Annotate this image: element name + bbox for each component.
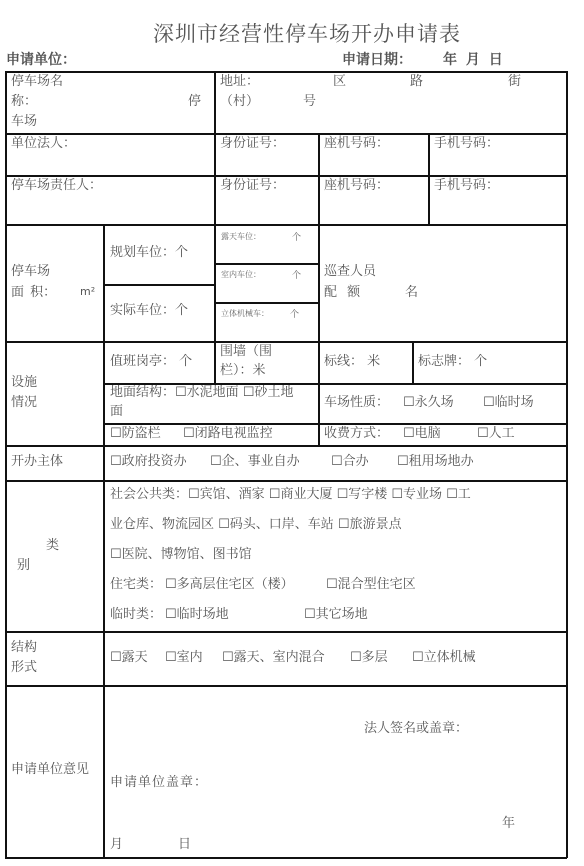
applicant-label: 申请单位： bbox=[6, 49, 76, 69]
fence-label: 围墙（围 bbox=[220, 342, 272, 362]
col-divider bbox=[214, 341, 216, 383]
mechanical-spaces-label: 立体机械车： bbox=[221, 308, 269, 319]
checkbox-anti-theft[interactable]: ☐防盗栏 bbox=[110, 424, 161, 444]
temporary-label: 临时类： bbox=[110, 605, 162, 625]
area-label: 面 积： bbox=[11, 283, 56, 303]
open-air-spaces-label: 露天车位： bbox=[221, 231, 261, 242]
border-right bbox=[566, 71, 568, 858]
checkbox-open-air[interactable]: ☐露天 bbox=[110, 648, 148, 668]
date-value: 年 月 日 bbox=[443, 49, 503, 69]
row-divider bbox=[5, 685, 567, 687]
col-divider bbox=[318, 341, 320, 445]
area-label: 停车场 bbox=[11, 262, 50, 282]
facilities-label: 设施 bbox=[11, 373, 37, 393]
legal-mobile-label: 手机号码： bbox=[434, 134, 499, 154]
village-label: （村） bbox=[220, 92, 259, 112]
checkbox-manual[interactable]: ☐人工 bbox=[477, 424, 515, 444]
address-label: 地址： bbox=[220, 72, 259, 92]
indoor-unit: 个 bbox=[292, 268, 301, 281]
parking-name-label: 停车场名 bbox=[11, 72, 63, 92]
checkbox-mixed-residential[interactable]: ☐混合型住宅区 bbox=[326, 575, 416, 595]
manager-id-label: 身份证号： bbox=[220, 176, 285, 196]
actual-spaces-label: 实际车位：个 bbox=[110, 301, 188, 321]
ground-structure-wrap: 面 bbox=[110, 402, 123, 422]
mechanical-unit: 个 bbox=[290, 307, 299, 320]
checkbox-other-site[interactable]: ☐其它场地 bbox=[304, 605, 368, 625]
fee-method-label: 收费方式： bbox=[324, 424, 389, 444]
district-label: 区 bbox=[333, 72, 346, 92]
planned-spaces-label: 规划车位：个 bbox=[110, 243, 188, 263]
col-divider bbox=[318, 133, 320, 225]
marking-label: 标线： 米 bbox=[324, 352, 380, 372]
checkbox-permanent[interactable]: ☐永久场 bbox=[403, 393, 454, 413]
row-divider bbox=[5, 631, 567, 633]
parking-name-label: 称： bbox=[11, 92, 37, 112]
cell-divider bbox=[214, 302, 319, 304]
checkbox-cctv[interactable]: ☐闭路电视监控 bbox=[183, 424, 273, 444]
facilities-label: 情况 bbox=[11, 393, 37, 413]
manager-landline-label: 座机号码： bbox=[324, 176, 389, 196]
opinion-year: 年 bbox=[502, 814, 515, 834]
checkbox-enterprise[interactable]: ☐企、事业自办 bbox=[210, 452, 300, 472]
border-top bbox=[5, 71, 567, 73]
cell-divider bbox=[103, 284, 215, 286]
fence-label: 栏）：米 bbox=[220, 361, 266, 381]
manager-label: 停车场责任人： bbox=[11, 176, 102, 196]
opinion-label: 申请单位意见 bbox=[11, 760, 89, 780]
duty-booth-label: 值班岗亭： 个 bbox=[110, 352, 192, 372]
structure-label: 结构 bbox=[11, 638, 37, 658]
category-label: 类 bbox=[46, 536, 59, 556]
patrol-staff-unit: 名 bbox=[405, 283, 418, 303]
legal-landline-label: 座机号码： bbox=[324, 134, 389, 154]
checkbox-leased[interactable]: ☐租用场地办 bbox=[397, 452, 474, 472]
legal-person-label: 单位法人： bbox=[11, 134, 76, 154]
structure-label: 形式 bbox=[11, 658, 37, 678]
road-label: 路 bbox=[410, 72, 423, 92]
col-divider bbox=[214, 224, 216, 341]
row-divider bbox=[5, 341, 567, 343]
checkbox-hospital-museum-library[interactable]: ☐医院、博物馆、图书馆 bbox=[110, 545, 252, 565]
page-title: 深圳市经营性停车场开办申请表 bbox=[0, 18, 584, 48]
opinion-month: 月 bbox=[110, 835, 123, 855]
col-divider bbox=[428, 133, 430, 225]
patrol-staff-label: 配 额 bbox=[324, 283, 360, 303]
row-divider bbox=[5, 224, 567, 226]
parking-name-label: 车场 bbox=[11, 112, 37, 132]
area-unit: m² bbox=[80, 282, 95, 302]
ground-structure-checkboxes[interactable]: 地面结构：☐水泥地面 ☐砂土地 bbox=[110, 383, 293, 403]
number-label: 号 bbox=[303, 92, 316, 112]
parking-name-label: 停 bbox=[188, 92, 201, 112]
date-label: 申请日期： bbox=[342, 49, 412, 69]
border-left bbox=[5, 71, 7, 858]
checkbox-temporary[interactable]: ☐临时场 bbox=[483, 393, 534, 413]
patrol-staff-label: 巡查人员 bbox=[324, 262, 376, 282]
col-divider bbox=[214, 71, 216, 225]
lot-nature-label: 车场性质： bbox=[324, 393, 389, 413]
row-divider bbox=[5, 480, 567, 482]
checkbox-multi-level[interactable]: ☐多层 bbox=[350, 648, 388, 668]
manager-mobile-label: 手机号码： bbox=[434, 176, 499, 196]
checkbox-computer[interactable]: ☐电脑 bbox=[403, 424, 441, 444]
sponsor-label: 开办主体 bbox=[11, 452, 63, 472]
signboard-label: 标志牌： 个 bbox=[418, 352, 487, 372]
legal-signature-label: 法人签名或盖章： bbox=[364, 719, 468, 739]
checkbox-mixed[interactable]: ☐露天、室内混合 bbox=[222, 648, 325, 668]
col-divider bbox=[412, 341, 414, 383]
indoor-spaces-label: 室内车位： bbox=[221, 269, 261, 280]
open-air-unit: 个 bbox=[292, 230, 301, 243]
row-divider bbox=[5, 445, 567, 447]
street-label: 街 bbox=[508, 72, 521, 92]
checkbox-temporary-site[interactable]: ☐临时场地 bbox=[165, 605, 229, 625]
checkbox-mechanical[interactable]: ☐立体机械 bbox=[412, 648, 476, 668]
col-divider bbox=[318, 224, 320, 341]
legal-id-label: 身份证号： bbox=[220, 134, 285, 154]
unit-seal-label: 申请单位盖章： bbox=[110, 773, 208, 793]
cell-divider bbox=[214, 263, 319, 265]
checkbox-government[interactable]: ☐政府投资办 bbox=[110, 452, 187, 472]
opinion-day: 日 bbox=[178, 835, 191, 855]
category-label: 别 bbox=[17, 556, 30, 576]
checkbox-joint[interactable]: ☐合办 bbox=[331, 452, 369, 472]
checkbox-indoor[interactable]: ☐室内 bbox=[165, 648, 203, 668]
public-category-checkboxes[interactable]: 业仓库、物流园区 ☐码头、口岸、车站 ☐旅游景点 bbox=[110, 515, 402, 535]
public-category-checkboxes[interactable]: 社会公共类：☐宾馆、酒家 ☐商业大厦 ☐写字楼 ☐专业场 ☐工 bbox=[110, 485, 471, 505]
border-bottom bbox=[5, 857, 567, 859]
checkbox-high-rise[interactable]: ☐多高层住宅区（楼） bbox=[165, 575, 294, 595]
col-divider bbox=[103, 224, 105, 858]
residential-label: 住宅类： bbox=[110, 575, 162, 595]
